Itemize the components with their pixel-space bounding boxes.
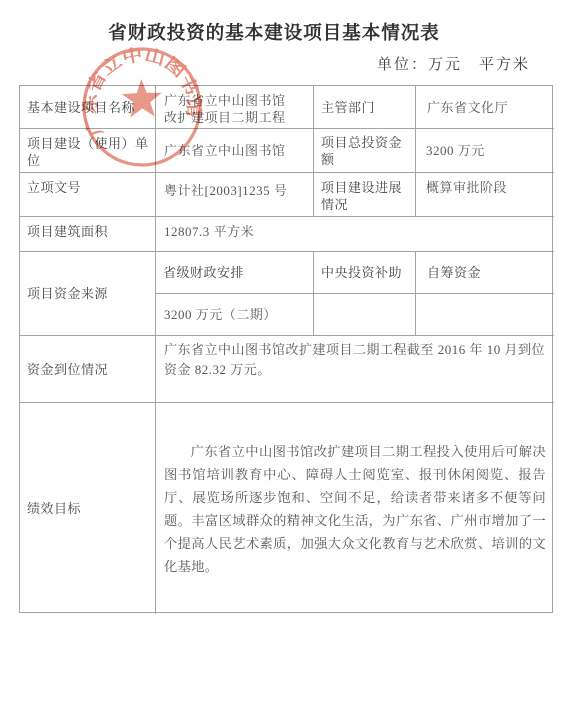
cell-funding-provincial-value: 3200 万元（二期） [156,294,314,336]
cell-progress-value: 概算审批阶段 [416,173,554,217]
page-root: 省财政投资的基本建设项目基本情况表 单位：万元 平方米 基本建设项目名称 广东省… [0,0,583,716]
cell-funding-self-header: 自筹资金 [416,252,554,294]
performance-goal-text: 广东省立中山图书馆改扩建项目二期工程投入使用后可解决图书馆培训教育中心、障碍人士… [164,440,546,578]
cell-progress-label: 项目建设进展情况 [314,173,416,217]
cell-total-investment-label: 项目总投资金额 [314,129,416,173]
cell-performance-goal-label: 绩效目标 [20,403,156,614]
cell-funding-provincial-header: 省级财政安排 [156,252,314,294]
cell-total-investment-value: 3200 万元 [416,129,554,173]
document-title: 省财政投资的基本建设项目基本情况表 [0,0,548,45]
cell-approval-doc-value: 粤计社[2003]1235 号 [156,173,314,217]
cell-funding-central-header: 中央投资补助 [314,252,416,294]
cell-build-unit-label: 项目建设（使用）单位 [20,129,156,173]
cell-performance-goal-value: 广东省立中山图书馆改扩建项目二期工程投入使用后可解决图书馆培训教育中心、障碍人士… [156,403,554,614]
cell-funds-in-place-value: 广东省立中山图书馆改扩建项目二期工程截至 2016 年 10 月到位资金 82.… [156,336,554,403]
cell-authority-value: 广东省文化厅 [416,86,554,129]
cell-approval-doc-label: 立项文号 [20,173,156,217]
cell-floor-area-value: 12807.3 平方米 [156,217,554,252]
info-table: 基本建设项目名称 广东省立中山图书馆改扩建项目二期工程 主管部门 广东省文化厅 … [19,85,553,613]
cell-funds-in-place-label: 资金到位情况 [20,336,156,403]
project-name-text: 广东省立中山图书馆改扩建项目二期工程 [164,92,290,126]
cell-funding-source-label: 项目资金来源 [20,252,156,336]
cell-build-unit-value: 广东省立中山图书馆 [156,129,314,173]
cell-project-name-label: 基本建设项目名称 [20,86,156,129]
cell-project-name-value: 广东省立中山图书馆改扩建项目二期工程 [156,86,314,129]
cell-funding-self-value [416,294,554,336]
cell-funding-central-value [314,294,416,336]
cell-floor-area-label: 项目建筑面积 [20,217,156,252]
unit-note: 单位：万元 平方米 [0,53,583,74]
cell-authority-label: 主管部门 [314,86,416,129]
